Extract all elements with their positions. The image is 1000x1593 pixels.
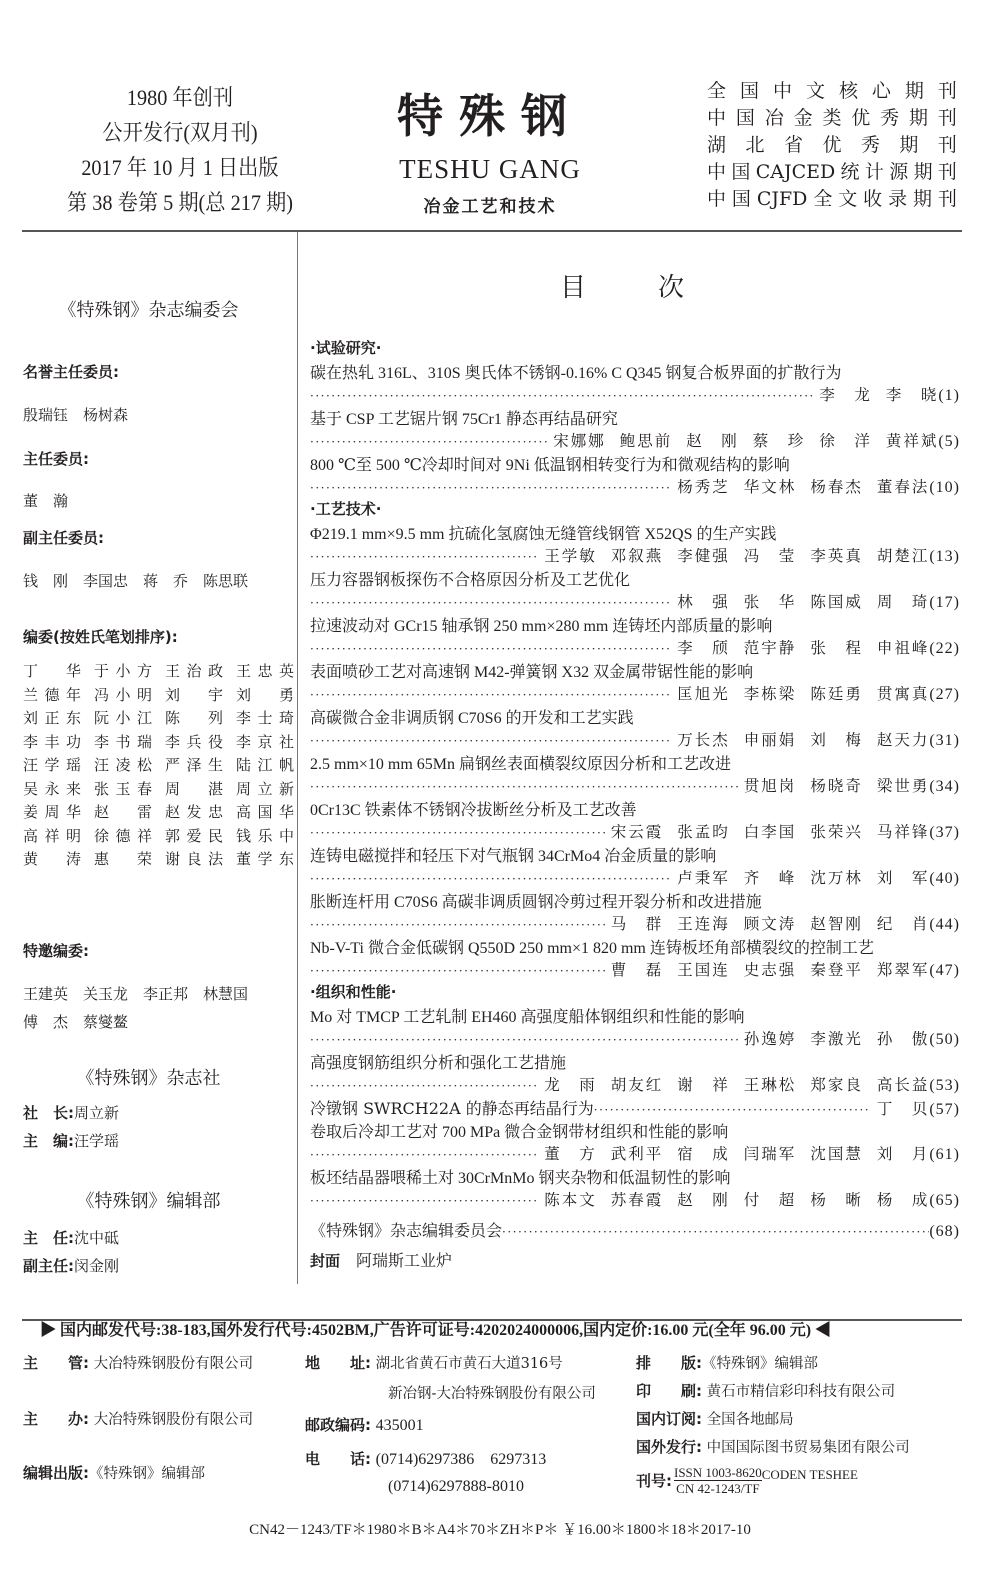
page-number: (27) xyxy=(929,686,960,704)
author-name: 张孟昀 xyxy=(677,823,730,841)
board-member: 阮小江 xyxy=(94,707,152,731)
board-member: 李书瑞 xyxy=(94,731,152,755)
domestic-subscription-value: 全国各地邮局 xyxy=(707,1412,794,1428)
author-name: 王连海 xyxy=(677,915,730,933)
dept-vice-label: 副主任: xyxy=(23,1255,74,1276)
author-name: 蔡 珍 xyxy=(753,432,806,450)
author-name: 赵 刚 xyxy=(677,1191,730,1209)
author-name: 赵 刚 xyxy=(686,432,739,450)
author-name: 董 方 xyxy=(544,1145,597,1163)
article-title[interactable]: 冷镦钢 SWRCH22A 的静态再结晶行为 xyxy=(310,1096,594,1119)
journal-honor: 中国CAJCED统计源期刊 xyxy=(707,159,957,186)
leader-dots xyxy=(310,1194,538,1208)
domestic-subscription-row: 国内订阅: 全国各地邮局 xyxy=(636,1408,794,1429)
article-authors: 卢秉军齐 峰沈万林刘 军 xyxy=(671,866,929,888)
toc-section-heading: ·组织和性能· xyxy=(310,981,396,1002)
article-title[interactable]: 连铸电磁搅拌和轻压下对气瓶钢 34CrMo4 冶金质量的影响 xyxy=(310,843,960,866)
board-member: 周湛 xyxy=(165,778,223,802)
coden: CODEN TESHEE xyxy=(762,1467,858,1483)
author-name: 李 龙 xyxy=(819,386,872,404)
author-name: 张 程 xyxy=(810,639,863,657)
issue-info: 1980 年创刊 公开发行(双月刊) 2017 年 10 月 1 日出版 第 3… xyxy=(40,80,320,220)
article-authors: 李 龙李 晓 xyxy=(813,383,938,405)
editorial-dept-heading: 《特殊钢》编辑部 xyxy=(0,1187,297,1213)
author-name: 谢 祥 xyxy=(677,1076,730,1094)
publisher-row: 编辑出版:《特殊钢》编辑部 xyxy=(23,1462,205,1483)
author-name: 申祖峰 xyxy=(877,639,930,657)
article-title[interactable]: 《特殊钢》杂志编辑委员会 xyxy=(310,1218,502,1241)
author-name: 胡楚江 xyxy=(877,547,930,565)
toc-entry-authors: 贯旭岗杨晓奇梁世勇(34) xyxy=(310,774,960,796)
domestic-subscription-label: 国内订阅: xyxy=(636,1410,702,1428)
page-number: (5) xyxy=(938,433,960,451)
board-member: 兰德年 xyxy=(23,684,81,708)
article-authors: 宋云霞张孟昀白李国张荣兴马祥锋 xyxy=(605,820,930,842)
author-name: 赵天力 xyxy=(877,731,930,749)
dept-vice-name: 闵金刚 xyxy=(74,1257,119,1275)
leader-dots xyxy=(502,1225,929,1239)
author-name: 郑家良 xyxy=(810,1076,863,1094)
invited-members-label: 特邀编委: xyxy=(23,940,89,961)
board-member: 钱乐中 xyxy=(236,825,294,849)
article-title[interactable]: Φ219.1 mm×9.5 mm 抗硫化氢腐蚀无缝管线钢管 X52QS 的生产实… xyxy=(310,521,960,544)
publisher-value: 《特殊钢》编辑部 xyxy=(89,1466,205,1482)
toc-entry-authors: 陈本文苏春霞赵 刚付 超杨 晰杨 成(65) xyxy=(310,1188,960,1210)
chief-editor-label: 主 编: xyxy=(23,1130,74,1151)
article-authors: 马 群王连海顾文涛赵智刚纪 肖 xyxy=(605,912,930,934)
board-member: 谢良法 xyxy=(165,848,223,872)
masthead: 1980 年创刊 公开发行(双月刊) 2017 年 10 月 1 日出版 第 3… xyxy=(0,0,1000,232)
publication-frequency: 公开发行(双月刊) xyxy=(51,115,309,150)
journal-title-en: TESHU GANG xyxy=(350,150,630,188)
board-member: 黄涛 xyxy=(23,848,81,872)
author-name: 王国连 xyxy=(677,961,730,979)
cn-number: CN 42-1243/TF xyxy=(674,1481,762,1496)
author-name: 申丽娟 xyxy=(744,731,797,749)
volume-issue: 第 38 卷第 5 期(总 217 期) xyxy=(51,185,309,220)
publisher-label: 编辑出版: xyxy=(23,1464,89,1482)
article-authors: 龙 雨胡友红谢 祥王琳松郑家良高长益 xyxy=(538,1073,929,1095)
leader-dots xyxy=(310,642,671,656)
article-authors: 万长杰申丽娟刘 梅赵天力 xyxy=(671,728,929,750)
supervisor-value: 大冶特殊钢股份有限公司 xyxy=(94,1356,254,1372)
article-title[interactable]: Nb-V-Ti 微合金低碳钢 Q550D 250 mm×1 820 mm 连铸板… xyxy=(310,935,960,958)
dept-vice-row: 副主任:闵金刚 xyxy=(23,1255,119,1276)
president-row: 社 长:周立新 xyxy=(23,1102,119,1123)
column-divider xyxy=(297,232,298,1284)
toc-section-heading: ·试验研究· xyxy=(310,337,381,358)
author-name: 郑翠军 xyxy=(877,961,930,979)
author-name: 林 强 xyxy=(677,593,730,611)
page-number: (40) xyxy=(929,870,960,888)
director-names: 董 瀚 xyxy=(23,490,68,511)
author-name: 匡旭光 xyxy=(677,685,730,703)
publication-date: 2017 年 10 月 1 日出版 xyxy=(51,150,309,185)
publication-codes: ▶ 国内邮发代号:38-183,国外发行代号:4502BM,广告许可证号:420… xyxy=(40,1318,960,1344)
article-authors: 丁 贝 xyxy=(871,1097,930,1119)
foreign-distribution-row: 国外发行: 中国国际图书贸易集团有限公司 xyxy=(636,1436,910,1457)
phone-label: 电 话: xyxy=(305,1450,371,1468)
toc-entry-authors: 卢秉军齐 峰沈万林刘 军(40) xyxy=(310,866,960,888)
article-authors: 曹 磊王国连史志强秦登平郑翠军 xyxy=(605,958,930,980)
board-member: 张玉春 xyxy=(94,778,152,802)
author-name: 王学敏 xyxy=(544,547,597,565)
author-name: 齐 峰 xyxy=(744,869,797,887)
page-number: (34) xyxy=(929,778,960,796)
address-line1: 湖北省黄石市黄石大道316号 xyxy=(376,1356,563,1372)
author-name: 杨 成 xyxy=(877,1191,930,1209)
board-member: 李丰功 xyxy=(23,731,81,755)
author-name: 万长杰 xyxy=(677,731,730,749)
toc-entry-authors: 杨秀芝华文林杨春杰董春法(10) xyxy=(310,475,960,497)
toc-entry-authors: 孙逸婷李激光孙 傲(50) xyxy=(310,1027,960,1049)
author-name: 杨春杰 xyxy=(810,478,863,496)
postcode-value: 435001 xyxy=(376,1417,424,1434)
author-name: 张 华 xyxy=(744,593,797,611)
board-member: 李士琦 xyxy=(236,707,294,731)
author-name: 苏春霞 xyxy=(611,1191,664,1209)
page-number: (13) xyxy=(929,548,960,566)
author-name: 杨 晰 xyxy=(810,1191,863,1209)
article-authors: 宋娜娜鲍思前赵 刚蔡 珍徐 洋黄祥斌 xyxy=(547,429,938,451)
board-member: 董学东 xyxy=(236,848,294,872)
author-name: 邓叙燕 xyxy=(611,547,664,565)
dept-director-label: 主 任: xyxy=(23,1227,74,1248)
honorary-director-label: 名誉主任委员: xyxy=(23,361,119,382)
toc-section-heading: ·工艺技术· xyxy=(310,498,381,519)
author-name: 王琳松 xyxy=(744,1076,797,1094)
page-number: (57) xyxy=(929,1101,960,1119)
board-member: 吴永来 xyxy=(23,778,81,802)
article-title[interactable]: 800 ℃至 500 ℃冷却时间对 9Ni 低温钢相转变行为和微观结构的影响 xyxy=(310,452,960,475)
journal-honor: 中国冶金类优秀期刊 xyxy=(707,105,957,132)
address-label: 地 址: xyxy=(305,1354,371,1372)
toc-entry-authors: 宋娜娜鲍思前赵 刚蔡 珍徐 洋黄祥斌(5) xyxy=(310,429,960,451)
board-member: 高祥明 xyxy=(23,825,81,849)
toc-entry-authors: 万长杰申丽娟刘 梅赵天力(31) xyxy=(310,728,960,750)
author-name: 陈廷勇 xyxy=(810,685,863,703)
honorary-director-names: 殷瑞钰 杨树森 xyxy=(23,404,128,425)
print-value: 黄石市精信彩印科技有限公司 xyxy=(707,1384,896,1400)
author-name: 付 超 xyxy=(744,1191,797,1209)
toc-entry-authors: 曹 磊王国连史志强秦登平郑翠军(47) xyxy=(310,958,960,980)
author-name: 宋娜娜 xyxy=(553,432,606,450)
invited-members-line2: 傅 杰 蔡燮鳌 xyxy=(23,1011,128,1032)
article-title[interactable]: 高强度钢筋组织分析和强化工艺措施 xyxy=(310,1050,960,1073)
author-name: 杨晓奇 xyxy=(810,777,863,795)
journal-honor: 全国中文核心期刊 xyxy=(707,78,957,105)
author-name: 马 群 xyxy=(611,915,664,933)
leader-dots xyxy=(310,964,605,978)
article-authors: 匡旭光李栋梁陈廷勇贯寓真 xyxy=(671,682,929,704)
typeset-label: 排 版: xyxy=(636,1354,702,1372)
board-member: 高国华 xyxy=(236,801,294,825)
author-name: 李栋梁 xyxy=(744,685,797,703)
author-name: 黄祥斌 xyxy=(886,432,939,450)
article-title[interactable]: 碳在热轧 316L、310S 奥氏体不锈钢-0.16% C Q345 钢复合板界… xyxy=(310,360,960,383)
article-title[interactable]: 拉速波动对 GCr15 轴承钢 250 mm×280 mm 连铸坯内部质量的影响 xyxy=(310,613,960,636)
page-number: (47) xyxy=(929,962,960,980)
chief-editor-row: 主 编:汪学瑶 xyxy=(23,1130,119,1151)
leader-dots xyxy=(310,688,671,702)
founded-year: 1980 年创刊 xyxy=(51,80,309,115)
leader-dots xyxy=(310,872,671,886)
supervisor-label: 主 管: xyxy=(23,1354,89,1372)
journal-honor: 中国CJFD全文收录期刊 xyxy=(707,186,957,213)
cover-text: 阿瑞斯工业炉 xyxy=(356,1253,452,1270)
author-name: 陈国威 xyxy=(810,593,863,611)
board-member: 赵雷 xyxy=(94,801,152,825)
author-name: 范宇静 xyxy=(744,639,797,657)
author-name: 白李国 xyxy=(744,823,797,841)
author-name: 卢秉军 xyxy=(677,869,730,887)
author-name: 陈本文 xyxy=(544,1191,597,1209)
sponsor-value: 大冶特殊钢股份有限公司 xyxy=(94,1412,254,1428)
author-name: 鲍思前 xyxy=(620,432,673,450)
publication-codes-text: ▶ 国内邮发代号:38-183,国外发行代号:4502BM,广告许可证号:420… xyxy=(40,1318,960,1344)
toc-entry-authors: 马 群王连海顾文涛赵智刚纪 肖(44) xyxy=(310,912,960,934)
supervisor-row: 主 管: 大冶特殊钢股份有限公司 xyxy=(23,1352,253,1373)
leader-dots xyxy=(310,1079,538,1093)
author-name: 武利平 xyxy=(611,1145,664,1163)
page-number: (37) xyxy=(929,824,960,842)
author-name: 华文林 xyxy=(744,478,797,496)
author-name: 宿 成 xyxy=(677,1145,730,1163)
author-name: 贯寓真 xyxy=(877,685,930,703)
author-name: 董春法 xyxy=(877,478,930,496)
board-member: 李京社 xyxy=(236,731,294,755)
article-title[interactable]: 胀断连杆用 C70S6 高碳非调质圆钢冷剪过程开裂分析和改进措施 xyxy=(310,889,960,912)
board-member: 于小方 xyxy=(94,660,152,684)
foreign-distribution-value: 中国国际图书贸易集团有限公司 xyxy=(707,1440,910,1456)
board-member: 郭爱民 xyxy=(165,825,223,849)
author-name: 纪 肖 xyxy=(877,915,930,933)
sponsor-row: 主 办: 大冶特殊钢股份有限公司 xyxy=(23,1408,253,1429)
vice-director-label: 副主任委员: xyxy=(23,527,104,548)
board-member: 陈列 xyxy=(165,707,223,731)
author-name: 李英真 xyxy=(810,547,863,565)
author-name: 宋云霞 xyxy=(611,823,664,841)
article-title[interactable]: 0Cr13C 铁素体不锈钢冷拔断丝分析及工艺改善 xyxy=(310,797,960,820)
toc-entry-authors: 宋云霞张孟昀白李国张荣兴马祥锋(37) xyxy=(310,820,960,842)
article-title[interactable]: Mo 对 TMCP 工艺轧制 EH460 高强度船体钢组织和性能的影响 xyxy=(310,1004,960,1027)
dept-director-name: 沈中砥 xyxy=(74,1229,119,1247)
toc-entry-authors: 王学敏邓叙燕李健强冯 莹李英真胡楚江(13) xyxy=(310,544,960,566)
leader-dots xyxy=(310,1033,738,1047)
president-label: 社 长: xyxy=(23,1102,74,1123)
print-label: 印 刷: xyxy=(636,1382,702,1400)
author-name: 张荣兴 xyxy=(810,823,863,841)
board-member: 严泽生 xyxy=(165,754,223,778)
toc-entry-authors: 董 方武利平宿 成闫瑞军沈国慧刘 月(61) xyxy=(310,1142,960,1164)
page-number: (44) xyxy=(929,916,960,934)
foreign-distribution-label: 国外发行: xyxy=(636,1438,702,1456)
toc-title: 目次 xyxy=(560,267,756,304)
address-row: 地 址: 湖北省黄石市黄石大道316号 xyxy=(305,1352,563,1373)
board-member: 王治政 xyxy=(165,660,223,684)
leader-dots xyxy=(310,596,671,610)
journal-title-block: 特殊钢 TESHU GANG 冶金工艺和技术 xyxy=(350,86,630,222)
board-member: 刘宇 xyxy=(165,684,223,708)
president-name: 周立新 xyxy=(74,1104,119,1122)
leader-dots xyxy=(310,918,605,932)
leader-dots xyxy=(310,550,538,564)
author-name: 赵智刚 xyxy=(810,915,863,933)
author-name: 沈国慧 xyxy=(810,1145,863,1163)
leader-dots xyxy=(310,780,738,794)
page-number: (53) xyxy=(929,1077,960,1095)
board-member: 冯小明 xyxy=(94,684,152,708)
article-title[interactable]: 基于 CSP 工艺锯片钢 75Cr1 静态再结晶研究 xyxy=(310,406,960,429)
author-name: 刘 月 xyxy=(877,1145,930,1163)
author-name: 孙 傲 xyxy=(877,1030,930,1048)
members-grid: 丁华于小方王治政王忠英兰德年冯小明刘宇刘勇刘正东阮小江陈列李士琦李丰功李书瑞李兵… xyxy=(23,660,293,872)
author-name: 徐 洋 xyxy=(819,432,872,450)
leader-dots xyxy=(310,389,813,403)
board-member: 刘正东 xyxy=(23,707,81,731)
invited-members-line1: 王建英 关玉龙 李正邦 林慧国 xyxy=(23,983,248,1004)
board-member: 李兵役 xyxy=(165,731,223,755)
author-name: 龙 雨 xyxy=(544,1076,597,1094)
phone-row: 电 话: (0714)6297386 6297313 xyxy=(305,1446,546,1469)
typeset-value: 《特殊钢》编辑部 xyxy=(702,1356,818,1372)
journal-subtitle: 冶金工艺和技术 xyxy=(350,192,630,222)
toc-entry[interactable]: 冷镦钢 SWRCH22A 的静态再结晶行为丁 贝(57) xyxy=(310,1096,960,1119)
leader-dots xyxy=(310,1148,538,1162)
article-title[interactable]: 表面喷砂工艺对高速钢 M42-弹簧钢 X32 双金属带锯性能的影响 xyxy=(310,659,960,682)
phone-line2: (0714)6297888-8010 xyxy=(388,1478,524,1496)
page-number: (1) xyxy=(938,387,960,405)
journal-title: 特殊钢 xyxy=(350,86,630,146)
vice-director-names: 钱 刚 李国忠 蒋 乔 陈思联 xyxy=(23,570,248,591)
article-title[interactable]: 压力容器钢板探伤不合格原因分析及工艺优化 xyxy=(310,567,960,590)
leader-dots xyxy=(594,1103,871,1117)
leader-dots xyxy=(310,734,671,748)
sponsor-label: 主 办: xyxy=(23,1410,89,1428)
address-line2: 新冶钢-大冶特殊钢股份有限公司 xyxy=(388,1382,596,1403)
page-number: (61) xyxy=(929,1146,960,1164)
toc-entry-authors: 林 强张 华陈国威周 琦(17) xyxy=(310,590,960,612)
phone-line1: (0714)6297386 6297313 xyxy=(376,1451,547,1468)
toc-entry-editorial-committee[interactable]: 《特殊钢》杂志编辑委员会(68) xyxy=(310,1218,960,1241)
board-member: 王忠英 xyxy=(236,660,294,684)
author-name: 秦登平 xyxy=(810,961,863,979)
author-name: 贯旭岗 xyxy=(744,777,797,795)
page-number: (68) xyxy=(929,1223,960,1241)
leader-dots xyxy=(310,481,671,495)
author-name: 周 琦 xyxy=(877,593,930,611)
article-title[interactable]: 高碳微合金非调质钢 C70S6 的开发和工艺实践 xyxy=(310,705,960,728)
author-name: 李 颀 xyxy=(677,639,730,657)
author-name: 孙逸婷 xyxy=(744,1030,797,1048)
article-title[interactable]: 板坯结晶器喂稀土对 30CrMnMo 钢夹杂物和低温韧性的影响 xyxy=(310,1165,960,1188)
article-title[interactable]: 2.5 mm×10 mm 65Mn 扁钢丝表面横裂纹原因分析和工艺改进 xyxy=(310,751,960,774)
toc-entry-authors: 龙 雨胡友红谢 祥王琳松郑家良高长益(53) xyxy=(310,1073,960,1095)
author-name: 顾文涛 xyxy=(744,915,797,933)
article-authors: 王学敏邓叙燕李健强冯 莹李英真胡楚江 xyxy=(538,544,929,566)
article-authors: 董 方武利平宿 成闫瑞军沈国慧刘 月 xyxy=(538,1142,929,1164)
postcode-label: 邮政编码: xyxy=(305,1416,371,1434)
author-name: 杨秀芝 xyxy=(677,478,730,496)
postcode-row: 邮政编码: 435001 xyxy=(305,1414,424,1435)
author-name: 李激光 xyxy=(810,1030,863,1048)
board-member: 周立新 xyxy=(236,778,294,802)
author-name: 刘 梅 xyxy=(810,731,863,749)
article-authors: 孙逸婷李激光孙 傲 xyxy=(738,1027,930,1049)
article-authors: 贯旭岗杨晓奇梁世勇 xyxy=(738,774,930,796)
article-title[interactable]: 卷取后冷却工艺对 700 MPa 微合金钢带材组织和性能的影响 xyxy=(310,1119,960,1142)
author-name: 高长益 xyxy=(877,1076,930,1094)
cover-caption: 封面阿瑞斯工业炉 xyxy=(310,1248,960,1271)
issn-label: 刊号: xyxy=(636,1470,672,1491)
top-divider xyxy=(22,230,962,232)
typeset-row: 排 版:《特殊钢》编辑部 xyxy=(636,1352,818,1373)
issn-fraction: ISSN 1003-8620 CN 42-1243/TF xyxy=(674,1465,762,1496)
article-authors: 杨秀芝华文林杨春杰董春法 xyxy=(671,475,929,497)
catalog-code-line: CN42－1243/TF＊1980＊B＊A4＊70＊ZH＊P＊ ￥16.00＊1… xyxy=(0,1518,1000,1539)
issn-block: 刊号: ISSN 1003-8620 CN 42-1243/TF CODEN T… xyxy=(636,1465,858,1496)
cover-label: 封面 xyxy=(310,1252,340,1270)
article-authors: 陈本文苏春霞赵 刚付 超杨 晰杨 成 xyxy=(538,1188,929,1210)
board-member: 赵发忠 xyxy=(165,801,223,825)
page-number: (17) xyxy=(929,594,960,612)
board-member: 惠荣 xyxy=(94,848,152,872)
author-name: 沈万林 xyxy=(810,869,863,887)
issn-number: ISSN 1003-8620 xyxy=(674,1465,762,1481)
page-number: (10) xyxy=(929,479,960,497)
board-member: 姜周华 xyxy=(23,801,81,825)
board-member: 陆江帆 xyxy=(236,754,294,778)
page-number: (22) xyxy=(929,640,960,658)
leader-dots xyxy=(310,435,547,449)
page-number: (65) xyxy=(929,1192,960,1210)
magazine-office-heading: 《特殊钢》杂志社 xyxy=(0,1064,297,1090)
dept-director-row: 主 任:沈中砥 xyxy=(23,1227,119,1248)
author-name: 李 晓 xyxy=(886,386,939,404)
toc-entry-authors: 匡旭光李栋梁陈廷勇贯寓真(27) xyxy=(310,682,960,704)
members-label: 编委(按姓氏笔划排序): xyxy=(23,626,178,647)
author-name: 曹 磊 xyxy=(611,961,664,979)
journal-honor: 湖北省优秀期刊 xyxy=(707,132,957,159)
journal-honors: 全国中文核心期刊中国冶金类优秀期刊湖北省优秀期刊中国CAJCED统计源期刊中国C… xyxy=(707,78,957,213)
toc-entry-authors: 李 龙李 晓(1) xyxy=(310,383,960,405)
article-authors: 李 颀范宇静张 程申祖峰 xyxy=(671,636,929,658)
author-name: 梁世勇 xyxy=(877,777,930,795)
director-label: 主任委员: xyxy=(23,448,89,469)
author-name: 史志强 xyxy=(744,961,797,979)
editorial-board-heading: 《特殊钢》杂志编委会 xyxy=(0,296,297,322)
page-number: (31) xyxy=(929,732,960,750)
article-authors: 林 强张 华陈国威周 琦 xyxy=(671,590,929,612)
print-row: 印 刷: 黄石市精信彩印科技有限公司 xyxy=(636,1380,895,1401)
author-name: 马祥锋 xyxy=(877,823,930,841)
author-name: 李健强 xyxy=(677,547,730,565)
author-name: 胡友红 xyxy=(611,1076,664,1094)
page-number: (50) xyxy=(929,1031,960,1049)
leader-dots xyxy=(310,826,605,840)
author-name: 冯 莹 xyxy=(744,547,797,565)
chief-editor-name: 汪学瑶 xyxy=(74,1132,119,1150)
board-member: 汪凌松 xyxy=(94,754,152,778)
author-name: 闫瑞军 xyxy=(744,1145,797,1163)
author-name: 丁 贝 xyxy=(877,1100,930,1118)
board-member: 刘勇 xyxy=(236,684,294,708)
board-member: 徐德祥 xyxy=(94,825,152,849)
board-member: 丁华 xyxy=(23,660,81,684)
toc-entry-authors: 李 颀范宇静张 程申祖峰(22) xyxy=(310,636,960,658)
author-name: 刘 军 xyxy=(877,869,930,887)
board-member: 汪学瑶 xyxy=(23,754,81,778)
